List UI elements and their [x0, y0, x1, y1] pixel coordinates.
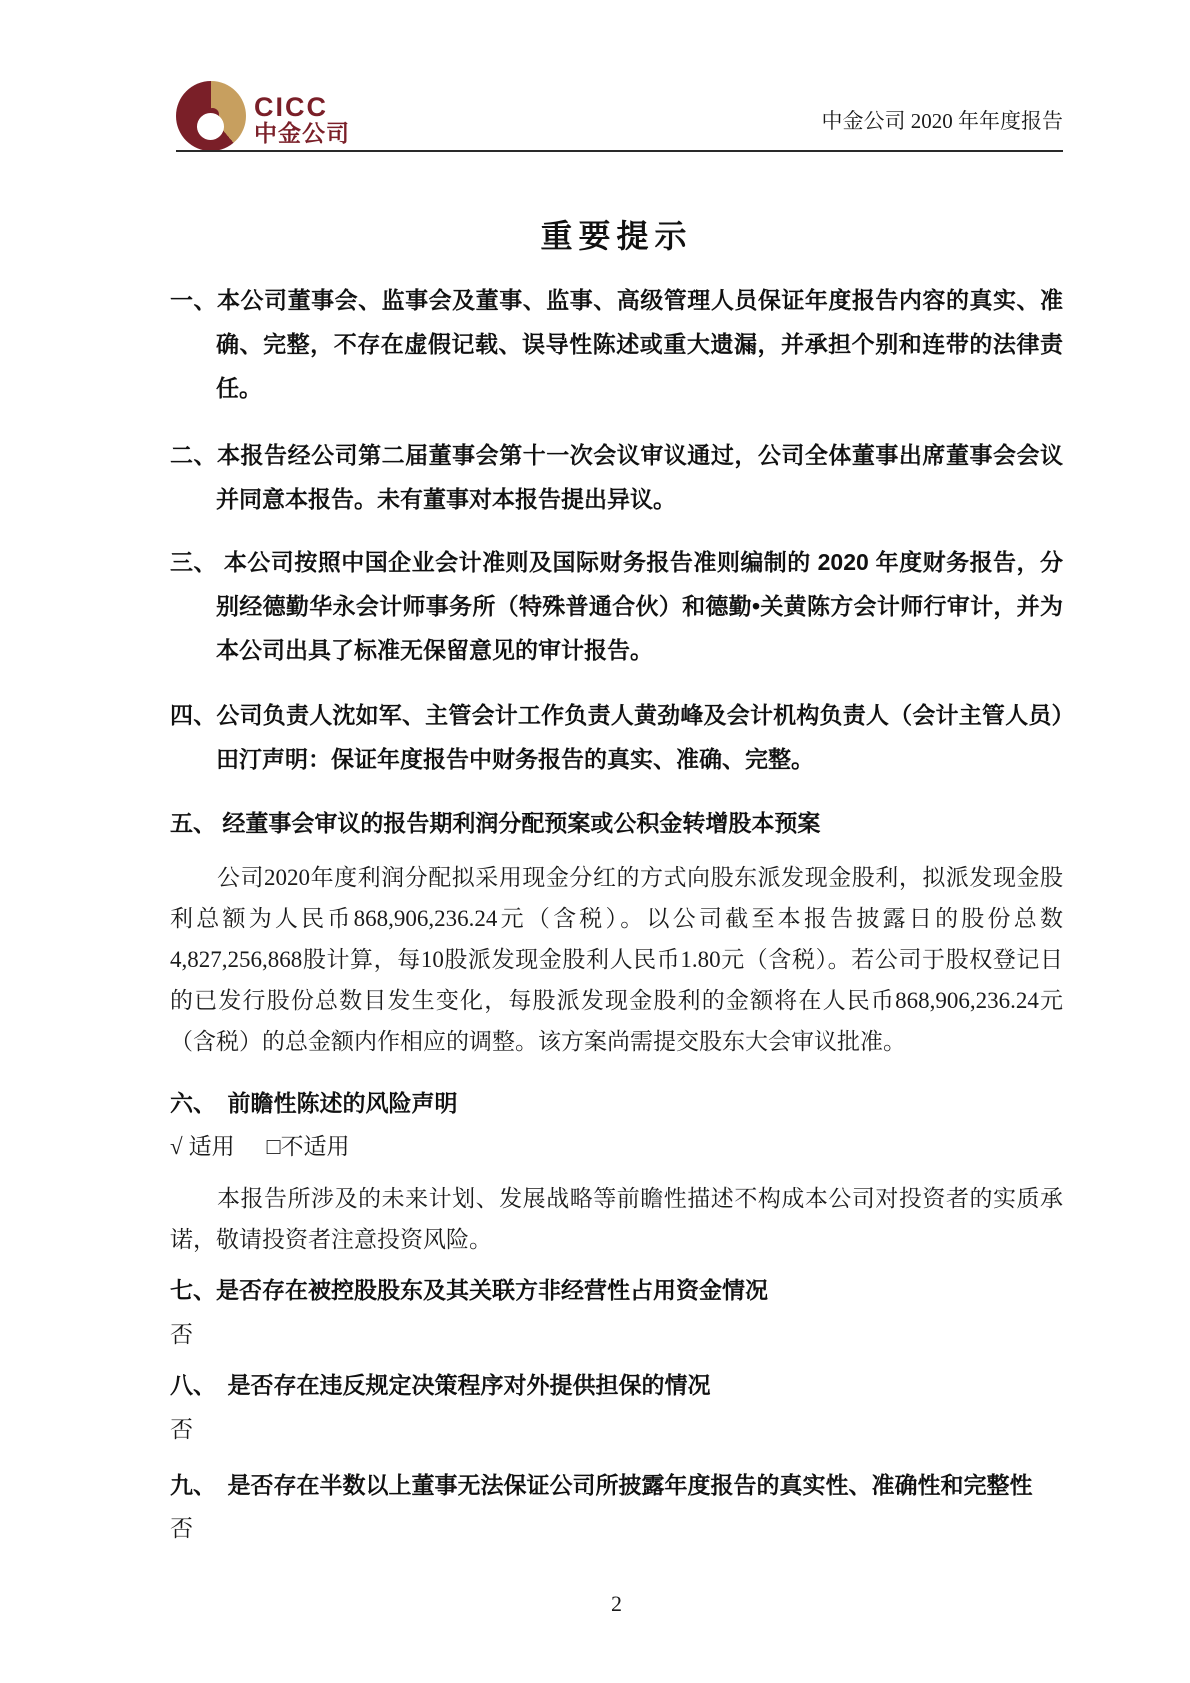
- not-applicable-label: 不适用: [281, 1134, 350, 1159]
- applicable-label: 适用: [189, 1134, 235, 1159]
- section-6-heading-text: 前瞻性陈述的风险声明: [228, 1090, 458, 1116]
- section-5-heading: 五、 经董事会审议的报告期利润分配预案或公积金转增股本预案: [170, 801, 1063, 845]
- item-2-marker: 二、: [170, 442, 217, 468]
- report-page: CICC 中金公司 中金公司 2020 年年度报告 重要提示 一、本公司董事会、…: [0, 0, 1190, 1683]
- logo-brand-en: CICC: [254, 94, 350, 120]
- section-5-heading-text: 经董事会审议的报告期利润分配预案或公积金转增股本预案: [222, 810, 820, 836]
- section-5-paragraph: 公司2020年度利润分配拟采用现金分红的方式向股东派发现金股利，拟派发现金股利总…: [170, 857, 1063, 1062]
- check-mark-icon: √: [170, 1134, 183, 1159]
- section-9-heading: 九、 是否存在半数以上董事无法保证公司所披露年度报告的真实性、准确性和完整性: [170, 1463, 1063, 1507]
- section-5-marker: 五、: [170, 810, 222, 836]
- section-6-heading: 六、 前瞻性陈述的风险声明: [170, 1081, 1063, 1125]
- notice-item-3: 三、 本公司按照中国企业会计准则及国际财务报告准则编制的 2020 年度财务报告…: [170, 540, 1063, 672]
- item-4-text: 公司负责人沈如军、主管会计工作负责人黄劲峰及会计机构负责人（会计主管人员）田汀声…: [216, 702, 1063, 772]
- notice-item-4: 四、公司负责人沈如军、主管会计工作负责人黄劲峰及会计机构负责人（会计主管人员）田…: [170, 693, 1063, 781]
- notice-item-1: 一、本公司董事会、监事会及董事、监事、高级管理人员保证年度报告内容的真实、准确、…: [170, 278, 1063, 410]
- item-3-marker: 三、: [170, 549, 224, 575]
- cicc-logo: CICC 中金公司: [176, 81, 436, 153]
- cicc-logo-icon: [176, 81, 246, 151]
- item-2-text: 本报告经公司第二届董事会第十一次会议审议通过，公司全体董事出席董事会会议并同意本…: [216, 442, 1063, 512]
- section-7-marker: 七、: [170, 1277, 216, 1303]
- section-7-heading-text: 是否存在被控股股东及其关联方非经营性占用资金情况: [216, 1277, 768, 1303]
- section-8-answer: 否: [170, 1408, 1063, 1452]
- section-8-marker: 八、: [170, 1372, 228, 1398]
- item-4-marker: 四、: [170, 702, 216, 728]
- section-8-heading: 八、 是否存在违反规定决策程序对外提供担保的情况: [170, 1363, 1063, 1407]
- section-9-answer: 否: [170, 1507, 1063, 1551]
- section-7-heading: 七、是否存在被控股股东及其关联方非经营性占用资金情况: [170, 1268, 1063, 1312]
- logo-text: CICC 中金公司: [254, 94, 350, 146]
- section-6-marker: 六、: [170, 1090, 228, 1116]
- item-1-marker: 一、: [170, 287, 217, 313]
- report-header-label: 中金公司 2020 年年度报告: [822, 106, 1064, 136]
- checkbox-icon: □: [267, 1134, 281, 1159]
- notice-item-2: 二、本报告经公司第二届董事会第十一次会议审议通过，公司全体董事出席董事会会议并同…: [170, 433, 1063, 521]
- logo-brand-zh: 中金公司: [254, 120, 350, 146]
- section-7-answer: 否: [170, 1313, 1063, 1357]
- page-number: 2: [170, 1589, 1063, 1619]
- item-3-text: 本公司按照中国企业会计准则及国际财务报告准则编制的 2020 年度财务报告，分别…: [216, 549, 1063, 663]
- section-6-paragraph: 本报告所涉及的未来计划、发展战略等前瞻性描述不构成本公司对投资者的实质承诺，敬请…: [170, 1178, 1063, 1260]
- section-9-heading-text: 是否存在半数以上董事无法保证公司所披露年度报告的真实性、准确性和完整性: [228, 1472, 1033, 1498]
- page-content: 重要提示 一、本公司董事会、监事会及董事、监事、高级管理人员保证年度报告内容的真…: [170, 152, 1063, 1619]
- applicability-line: √适用□不适用: [170, 1125, 1063, 1169]
- section-9-marker: 九、: [170, 1472, 228, 1498]
- section-8-heading-text: 是否存在违反规定决策程序对外提供担保的情况: [228, 1372, 711, 1398]
- item-1-text: 本公司董事会、监事会及董事、监事、高级管理人员保证年度报告内容的真实、准确、完整…: [216, 287, 1063, 401]
- page-title: 重要提示: [170, 214, 1063, 258]
- logo-center-hole: [197, 113, 224, 140]
